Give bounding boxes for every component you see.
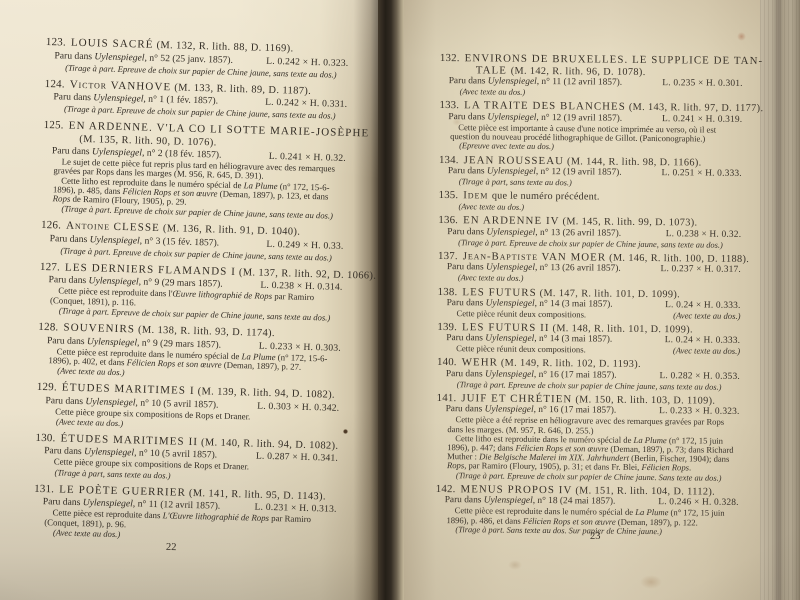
- entry-title-smallcaps: Victor: [70, 78, 111, 91]
- entry-number: 131.: [34, 483, 54, 496]
- entry-reference: (M. 140, R. lith. 94, D. 1082).: [201, 437, 339, 452]
- page-number-right: 23: [590, 531, 601, 542]
- entry-number: 137.: [438, 250, 458, 262]
- italic-text: Rops: [447, 460, 464, 470]
- entry-title: VANHOVE: [110, 79, 171, 93]
- entry-title-smallcaps: Jean-Baptiste: [463, 250, 542, 263]
- catalog-entry: 124.Victor VANHOVE(M. 133, R. lith. 89, …: [44, 77, 348, 120]
- note-text: Cette pièce réunit deux compositions.: [456, 345, 586, 355]
- entry-reference: (M. 144, R. lith. 98, D. 1166).: [567, 156, 702, 168]
- entry-number: 140.: [437, 356, 457, 368]
- catalog-entry: 127.LES DERNIERS FLAMANDS I(M. 137, R. l…: [39, 261, 343, 323]
- roman-text: Paru dans: [448, 112, 487, 122]
- entry-title: CLESSE: [113, 221, 160, 234]
- italic-text: Uylenspiegel: [94, 51, 144, 63]
- roman-text: Paru dans: [44, 446, 84, 458]
- italic-text: Uylenspiegel: [487, 166, 536, 176]
- italic-text: Félicien Rops: [641, 462, 689, 472]
- roman-text: Paru dans: [43, 496, 83, 508]
- right-page-text-column: 132.ENVIRONS DE BRUXELLES. LE SUPPLICE D…: [435, 53, 743, 541]
- italic-text: Uylenspiegel: [486, 227, 535, 237]
- dimensions: L. 0.282 × H. 0.353.: [659, 371, 739, 383]
- roman-text: (Deman, 1897), p. 123, et dans: [217, 188, 328, 201]
- italic-text: Rops: [53, 193, 71, 203]
- roman-text: Paru dans: [445, 495, 484, 505]
- roman-text: , n° 13 (26 avril 1857).: [535, 228, 621, 239]
- italic-text: Uylenspiegel: [485, 334, 534, 344]
- catalog-entry: 131.LE POÈTE GUERRIER(M. 141, R. lith. 9…: [33, 483, 337, 545]
- dimensions: L. 0.238 × H. 0.32.: [666, 229, 742, 241]
- catalog-entry: 137.Jean-Baptiste VAN MOER(M. 146, R. li…: [438, 251, 741, 286]
- entry-reference: (M. 142, R. lith. 96, D. 1078).: [511, 65, 646, 77]
- roman-text: Paru dans: [446, 404, 485, 414]
- roman-text: Paru dans: [47, 335, 87, 347]
- dimensions: L. 0.251 × H. 0.333.: [661, 168, 741, 180]
- roman-text: Paru dans: [447, 262, 486, 272]
- italic-text: Félicien Rops et son œuvre: [127, 357, 222, 369]
- catalog-entry: 129.ÉTUDES MARITIMES I(M. 139, R. lith. …: [36, 381, 340, 434]
- catalog-entry: 140.WEHR(M. 149, R. lith. 102, D. 1193).…: [437, 357, 740, 392]
- roman-text: Paru dans: [50, 233, 90, 245]
- entry-title: SOUVENIRS: [63, 322, 135, 336]
- entry-number: 136.: [438, 214, 458, 226]
- roman-text: Paru dans: [447, 227, 486, 237]
- entry-number: 142.: [436, 483, 456, 495]
- note-text: Cette litho est reproduite dans le numér…: [436, 434, 739, 474]
- entry-title: VAN MOER: [541, 251, 606, 264]
- entry-number: 124.: [45, 77, 65, 90]
- catalog-entry: 133.LA TRAITE DES BLANCHES(M. 143, R. li…: [439, 100, 742, 154]
- roman-text: Paru dans: [446, 369, 485, 379]
- roman-text: Cette pièce réunit deux compositions.: [456, 344, 586, 355]
- note-with-tirage: Cette pièce réunit deux compositions.(Av…: [437, 309, 740, 321]
- dimensions: L. 0.303 × H. 0.342.: [257, 400, 339, 414]
- entry-title: JEAN ROUSSEAU: [464, 154, 565, 167]
- catalog-entry: 138.LES FUTURS(M. 147, R. lith. 101, D. …: [437, 287, 740, 322]
- roman-text: , n° 16 (17 mai 1857).: [534, 370, 617, 381]
- entry-reference: (M. 143, R. lith. 97, D. 1177).: [629, 102, 764, 114]
- entry-number: 138.: [438, 286, 458, 298]
- entry-title: LES FUTURS II: [462, 321, 550, 334]
- catalog-entry: 139.LES FUTURS II(M. 148, R. lith. 101, …: [437, 322, 740, 357]
- roman-text: Paru dans: [446, 333, 485, 343]
- italic-text: Uylenspiegel: [487, 112, 536, 122]
- entry-number: 126.: [41, 219, 61, 232]
- roman-text: Paru dans: [45, 395, 85, 407]
- italic-text: Uylenspiegel: [90, 234, 140, 246]
- roman-text: , n° 11 (12 avril 1857).: [537, 77, 623, 88]
- entry-number: 127.: [40, 261, 60, 274]
- entry-number: 134.: [439, 153, 459, 165]
- catalog-entry: 136.EN ARDENNE IV(M. 145, R. lith. 99, D…: [438, 215, 741, 250]
- entry-title: EN ARDENNE IV: [463, 214, 560, 227]
- entry-number: 128.: [38, 321, 58, 334]
- entry-number: 135.: [439, 189, 459, 201]
- entry-number: 141.: [437, 392, 457, 404]
- dimensions: L. 0.237 × H. 0.317.: [660, 265, 740, 277]
- catalog-entry: 141.JUIF ET CHRÉTIEN(M. 150, R. lith. 10…: [436, 393, 740, 483]
- roman-text: Paru dans: [48, 275, 88, 287]
- roman-text: , n° 1 (1 fév. 1857).: [143, 94, 218, 107]
- roman-text: Cette pièce est importante à cause d'une…: [450, 122, 716, 144]
- italic-text: Uylenspiegel: [484, 496, 533, 506]
- italic-text: Félicien Rops et son œuvre: [523, 515, 616, 526]
- entry-number: 130.: [35, 432, 55, 445]
- italic-text: Uylenspiegel: [93, 92, 143, 104]
- tirage-note: (Tirage à part. Epreuve de choix sur pap…: [436, 471, 739, 484]
- entry-title: LOUIS SACRÉ: [71, 37, 154, 51]
- roman-text: Paru dans: [449, 76, 488, 86]
- roman-text: Cette pièce a été reprise en héliogravur…: [447, 415, 724, 436]
- entry-number: 139.: [437, 321, 457, 333]
- catalog-entry: 134.JEAN ROUSSEAU(M. 144, R. lith. 98, D…: [439, 154, 742, 189]
- entry-title: MENUS PROPOS IV: [460, 483, 572, 496]
- entry-reference: (M. 145, R. lith. 99, D. 1073).: [563, 216, 698, 228]
- catalog-entry: 125.EN ARDENNE. V'LA CO LI SOTTE MARIE-J…: [41, 119, 346, 221]
- roman-text: Paru dans: [448, 166, 487, 176]
- entry-title-smallcaps: Antoine: [66, 220, 114, 233]
- entry-title-tail: que le numéro précédent.: [492, 191, 600, 203]
- left-page-text-column: 123.LOUIS SACRÉ(M. 132, R. lith. 88, D. …: [33, 36, 349, 551]
- italic-text: Uylenspiegel: [486, 299, 535, 309]
- tirage-note-inline: (Avec texte au dos.): [673, 347, 740, 357]
- entry-reference: (M. 149, R. lith. 102, D. 1193).: [501, 358, 641, 370]
- entry-number: 129.: [37, 381, 57, 394]
- catalog-entry: 142.MENUS PROPOS IV(M. 151, R. lith. 104…: [435, 484, 738, 538]
- tirage-note: (Avec texte au dos.): [438, 202, 741, 215]
- tirage-note-inline: (Avec texte au dos.): [673, 311, 740, 321]
- catalog-entry: 132.ENVIRONS DE BRUXELLES. LE SUPPLICE D…: [440, 53, 743, 100]
- roman-text: , n° 12 (19 avril 1857).: [536, 167, 622, 178]
- note-with-tirage: Cette pièce réunit deux compositions.(Av…: [437, 344, 740, 356]
- entry-title-smallcaps: Idem: [463, 190, 492, 202]
- page-number-left: 22: [166, 542, 177, 553]
- catalog-entry: 123.LOUIS SACRÉ(M. 132, R. lith. 88, D. …: [45, 36, 349, 79]
- tirage-note: (Tirage à part. Epreuve de choix sur pap…: [437, 380, 740, 393]
- roman-text: , n° 13 (26 avril 1857).: [535, 263, 621, 274]
- roman-text: , n° 3 (15 fév. 1857).: [140, 236, 220, 249]
- tirage-note: (Tirage à part. Epreuve de choix sur pap…: [438, 238, 741, 251]
- entry-number: 125.: [44, 119, 64, 132]
- entry-number: 123.: [46, 36, 66, 49]
- entry-title: WEHR: [462, 356, 498, 368]
- roman-text: Paru dans: [54, 50, 94, 62]
- catalog-entry: 135.Idem que le numéro précédent.(Avec t…: [438, 190, 741, 214]
- entry-reference: (M. 147, R. lith. 101, D. 1099).: [540, 288, 681, 300]
- note-text: Cette pièce réunit deux compositions.: [456, 309, 586, 319]
- catalog-entry: 128.SOUVENIRS(M. 138, R. lith. 93, D. 11…: [37, 321, 341, 383]
- roman-text: Cette pièce réunit deux compositions.: [456, 308, 586, 319]
- roman-text: Paru dans: [52, 145, 92, 157]
- catalog-entry: 130.ÉTUDES MARITIMES II(M. 140, R. lith.…: [34, 432, 338, 485]
- italic-text: Uylenspiegel: [486, 263, 535, 273]
- roman-text: (Deman, 1897), p. 122.: [616, 516, 698, 527]
- entry-title: LA TRAITE DES BLANCHES: [464, 100, 626, 114]
- roman-text: (Deman, 1897), p. 27.: [221, 360, 301, 372]
- roman-text: Paru dans: [53, 91, 93, 103]
- entry-number: 132.: [440, 52, 460, 64]
- entry-reference: (M. 137, R. lith. 92, D. 1066).: [239, 267, 377, 282]
- italic-text: L'Œuvre lithographié de Rops: [163, 510, 270, 523]
- entry-title: LES FUTURS: [462, 286, 536, 299]
- book-gutter-shadow: [378, 0, 404, 600]
- entry-reference: (M. 146, R. lith. 100, D. 1188).: [609, 253, 749, 265]
- italic-text: Uylenspiegel: [485, 369, 534, 379]
- roman-text: Paru dans: [447, 298, 486, 308]
- dimensions: L. 0.287 × H. 0.341.: [256, 451, 338, 465]
- entry-title: JUIF ET CHRÉTIEN: [461, 392, 572, 405]
- catalog-entry: 126.Antoine CLESSE(M. 136, R. lith. 91, …: [40, 219, 344, 262]
- dimensions: L. 0.235 × H. 0.301.: [662, 78, 742, 90]
- open-book-photo: 123.LOUIS SACRÉ(M. 132, R. lith. 88, D. …: [0, 0, 800, 600]
- italic-text: Uylenspiegel: [488, 76, 537, 86]
- book-fore-edge: [760, 0, 800, 600]
- italic-text: Uylenspiegel: [485, 405, 534, 415]
- entry-number: 133.: [439, 99, 459, 111]
- roman-text: , n° 52 (25 janv. 1857).: [144, 52, 233, 65]
- roman-text: .: [689, 463, 691, 473]
- italic-text: Œuvre lithographié de Rops: [172, 289, 272, 302]
- entry-title-continued: TALE: [476, 64, 511, 76]
